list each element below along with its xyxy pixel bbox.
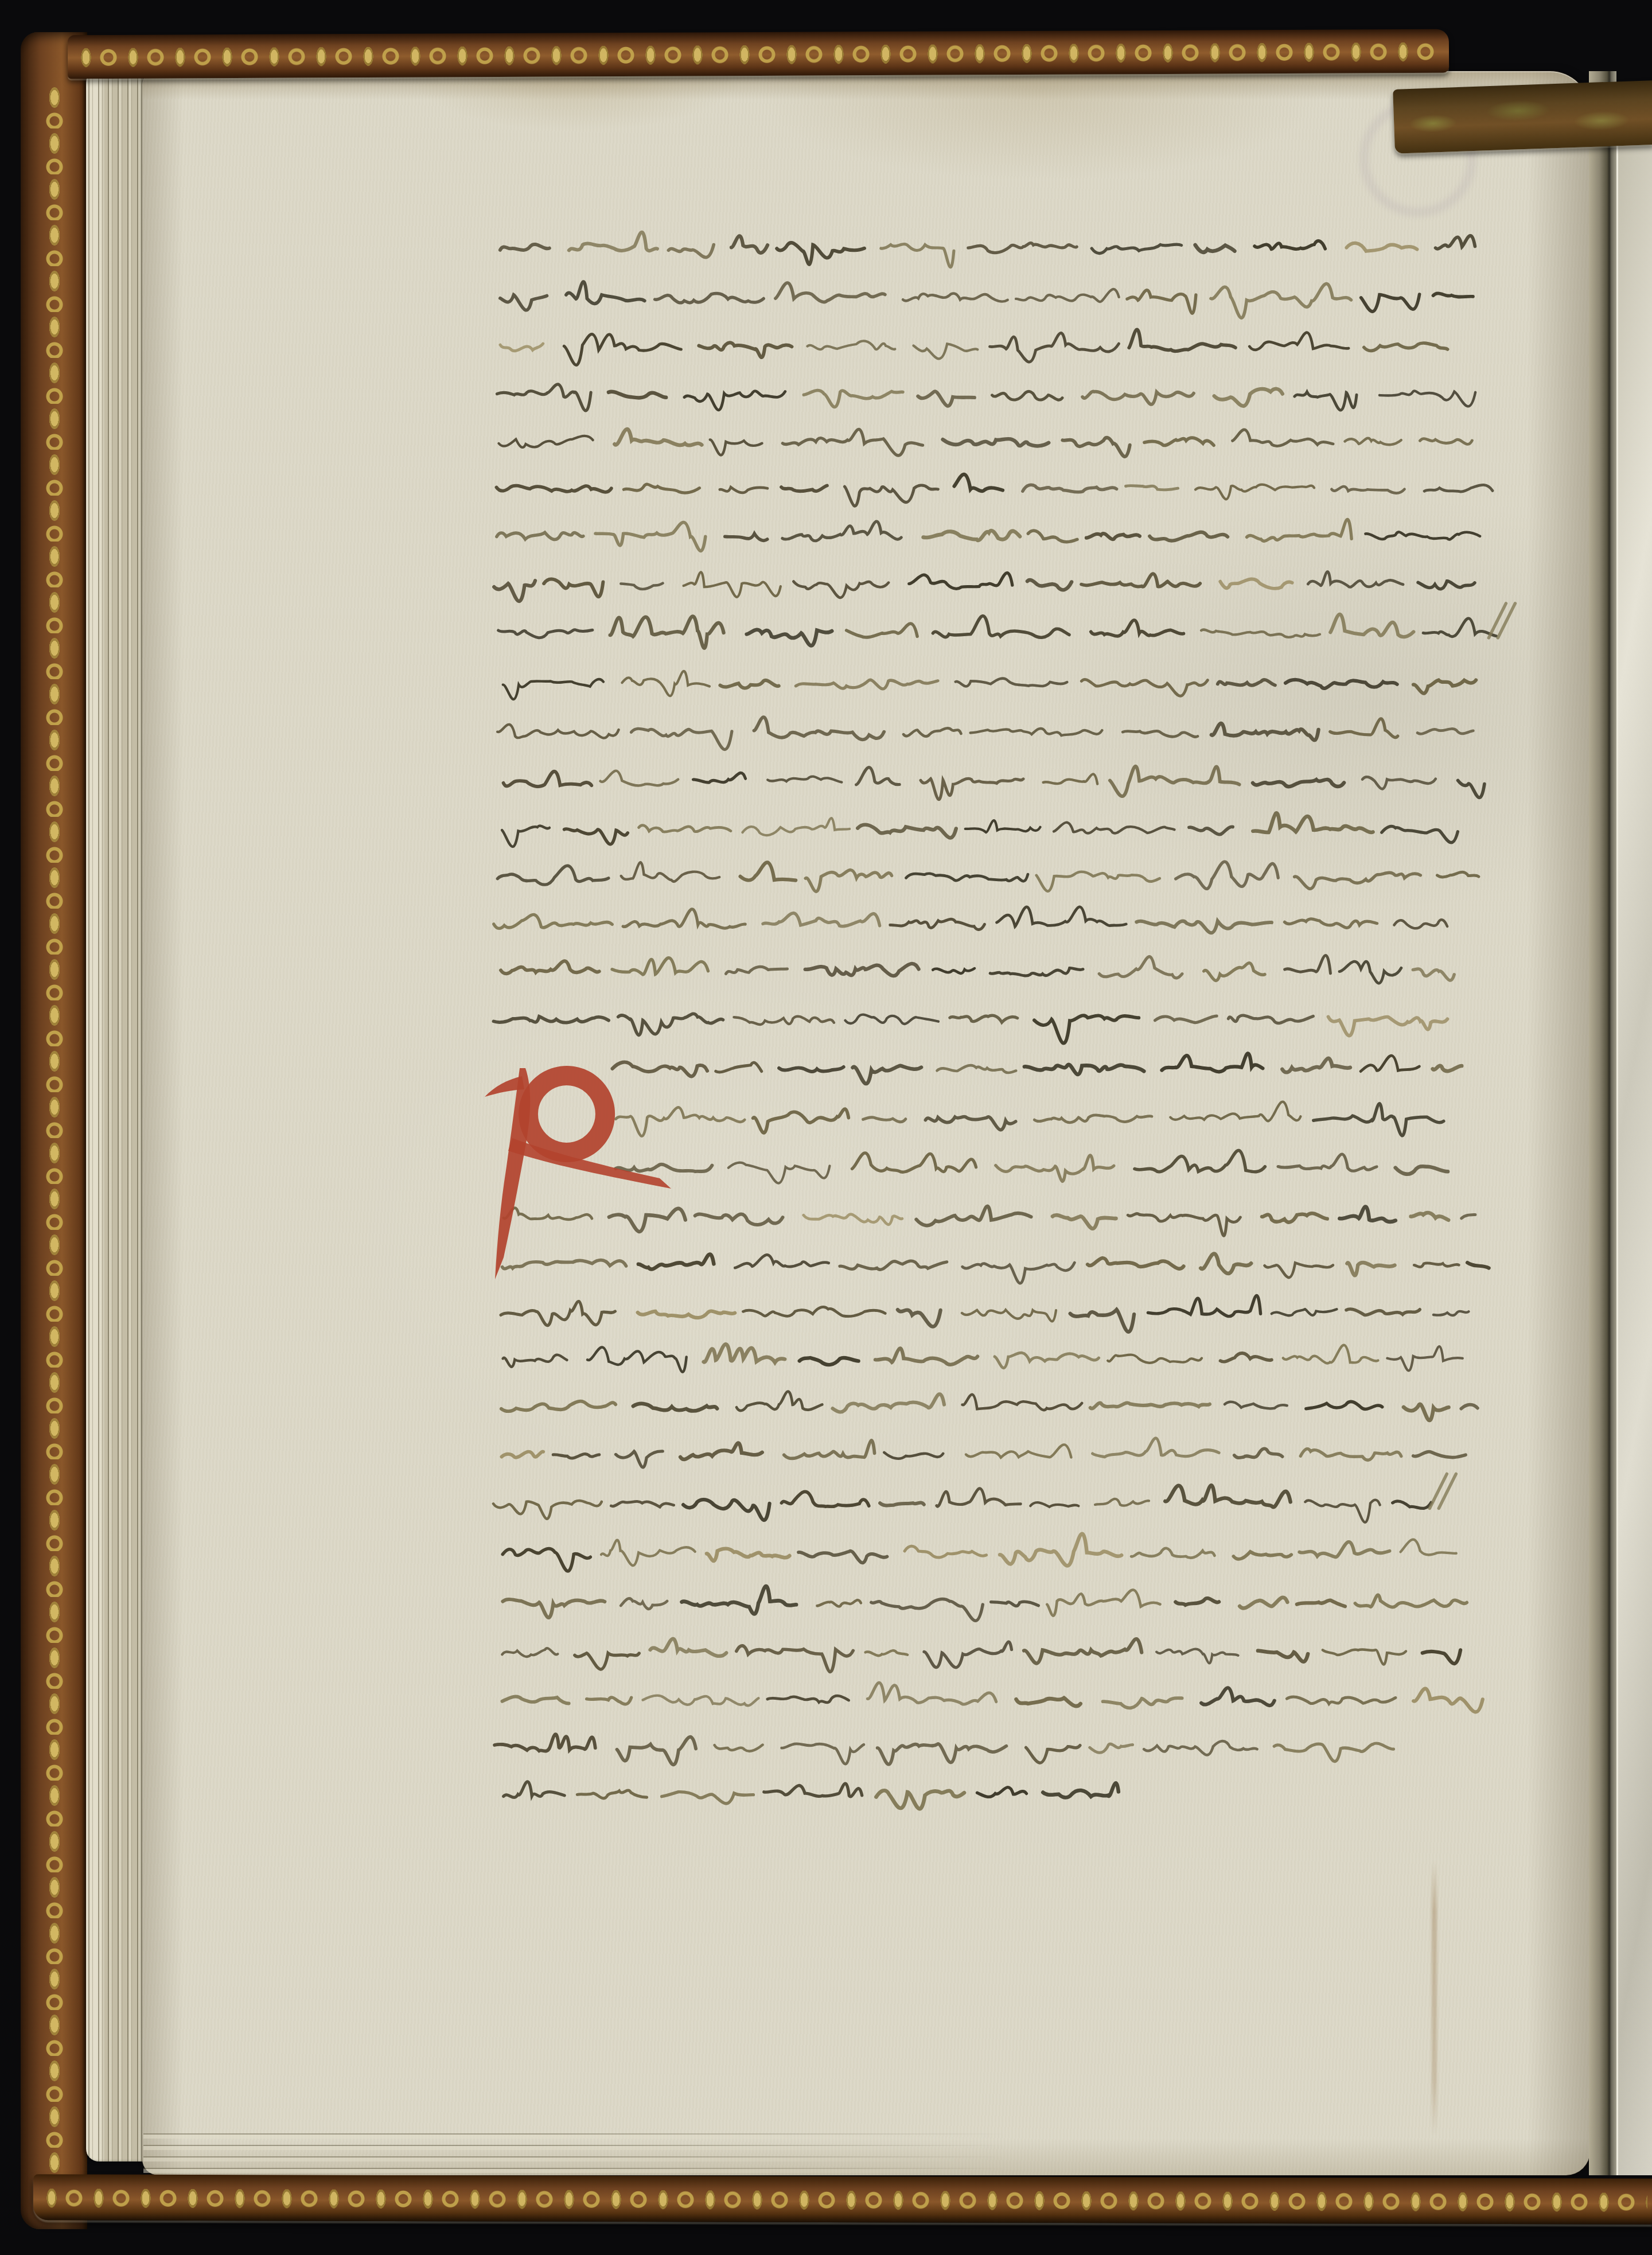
handwriting-word [798,1551,887,1563]
handwriting-word [613,1062,707,1077]
handwriting-lines [493,232,1515,1809]
handwriting-word [1253,813,1373,832]
handwriting-word [880,1502,924,1505]
handwriting-word [1127,290,1196,314]
handwriting-word [840,1261,947,1269]
handwriting-word [611,1501,673,1507]
handwriting-word [1043,774,1098,784]
handwriting-word [1228,1015,1313,1023]
handwriting-word [737,1646,854,1672]
handwriting-word [1366,532,1480,539]
handwriting-word [906,874,1028,881]
handwriting-word [808,341,895,349]
handwriting-word [1070,1310,1134,1332]
handwriting-word [1081,574,1200,587]
handwriting-word [1175,1598,1219,1605]
handwriting-word [1361,294,1420,311]
handwriting-word [1433,293,1474,297]
handwriting-word [878,1744,1007,1765]
handwriting-word [1331,486,1404,493]
handwriting-word [500,295,547,310]
handwriting-word [856,768,900,785]
handwriting-word [1062,438,1129,457]
handwriting-word [1262,1213,1327,1222]
handwriting-word [1016,289,1119,302]
handwriting-word [1225,1402,1287,1409]
handwriting-word [1404,1404,1449,1420]
handwriting-word [965,820,1041,832]
handwriting-word [1093,1438,1219,1457]
handwriting-word [1347,1263,1394,1275]
handwriting-word [805,964,919,976]
handwriting-word [1218,680,1275,686]
handwriting-word [1081,679,1207,696]
handwriting-word [610,616,724,648]
handwriting-word [1144,438,1214,445]
handwriting-word [1247,519,1352,541]
handwriting-word [624,484,700,493]
handwriting-word [1295,873,1421,889]
handwriting-word [1364,343,1448,350]
handwriting-word [680,1443,762,1459]
margin-mark-slash [1498,603,1515,638]
handwriting-word [903,294,1008,302]
handwriting-word [1278,1154,1377,1171]
handwriting-word [699,342,792,357]
handwriting-word [743,1307,886,1316]
handwriting-word [924,531,1020,540]
handwriting-word [668,245,714,258]
handwriting-word [1433,1066,1462,1071]
handwriting-word [504,1208,592,1220]
handwriting-word [1287,1697,1396,1704]
handwriting-word [500,244,550,250]
handwriting-word [943,439,1049,446]
handwriting-word [1092,244,1181,254]
handwriting-word [914,344,978,359]
handwriting-word [1249,333,1349,350]
handwriting-word [1027,580,1072,590]
handwriting-word [1413,680,1476,694]
handwriting-word [1272,1309,1337,1315]
handwriting-word [504,772,592,786]
handwriting-word [1024,1065,1144,1074]
handwriting-word [1233,1552,1291,1559]
handwriting-word [1030,1502,1078,1507]
handwriting-word [1211,723,1319,740]
handwriting-word [612,958,708,975]
handwriting-word [1254,241,1325,250]
handwriting-word [997,907,1127,926]
handwriting-word [715,1745,763,1751]
handwriting-word [618,1014,723,1035]
handwriting-word [1330,614,1413,637]
handwriting-word [503,679,603,699]
handwriting-word [564,829,628,844]
handwriting-word [793,582,889,598]
handwriting-word [655,294,764,303]
handwriting-word [796,680,938,689]
initial-p-stem [495,1068,530,1279]
handwriting-word [497,486,611,492]
handwriting-word [1128,1214,1240,1236]
handwriting-word [1090,1744,1133,1752]
handwriting-word [1043,1783,1119,1797]
handwriting-word [1299,1542,1389,1557]
handwriting-word [564,334,681,365]
handwriting-word [1328,1017,1448,1036]
handwriting-word [683,1500,769,1520]
handwriting-word [996,1155,1114,1181]
handwriting-word [926,1117,1016,1130]
handwriting-word [1108,1355,1202,1363]
handwriting-word [1437,872,1479,877]
handwriting-word [918,391,975,406]
handwriting-word [1129,329,1236,351]
handwriting-word [1037,872,1160,891]
handwriting-word [623,909,745,928]
handwriting-word [853,1066,922,1084]
handwriting-word [777,243,864,264]
handwriting-word [781,486,827,492]
handwriting-word [1240,1598,1287,1609]
handwriting-word [866,1650,907,1656]
handwriting-word [764,1783,862,1797]
margin-mark-slash [1429,1474,1447,1508]
handwriting-word [1436,236,1475,249]
handwriting-word [804,1214,902,1225]
handwriting-word [693,773,745,782]
handwriting-word [497,866,609,885]
handwriting-word [595,523,706,551]
handwriting-word [763,913,880,926]
handwriting-word [1211,284,1351,318]
handwriting-word [905,1546,986,1557]
handwriting-word [1156,1649,1238,1664]
handwriting-word [544,579,603,597]
handwriting-word [1034,1115,1152,1123]
handwriting-word [1028,531,1077,542]
handwriting-word [800,1358,859,1365]
handwriting-word [1176,862,1279,889]
handwriting-word [614,429,702,445]
handwritten-text-block [0,0,1652,2255]
handwriting-word [621,1599,667,1609]
handwriting-word [1295,392,1357,410]
handwriting-word [1195,485,1314,500]
handwriting-word [1195,245,1235,252]
handwriting-word [503,1599,605,1618]
handwriting-word [684,572,781,597]
handwriting-word [1201,1688,1275,1705]
handwriting-word [1150,532,1228,541]
handwriting-word [1306,1401,1382,1409]
handwriting-word [633,1404,717,1411]
handwriting-word [1462,1214,1475,1218]
handwriting-word [924,1642,1012,1668]
handwriting-word [684,391,785,410]
handwriting-word [726,967,788,973]
handwriting-word [1103,1698,1182,1708]
handwriting-word [1420,439,1472,445]
handwriting-word [1423,618,1496,637]
handwriting-word [1201,1254,1251,1273]
handwriting-word [1214,389,1283,406]
handwriting-word [954,474,1003,491]
handwriting-word [1285,680,1397,688]
handwriting-word [805,870,891,892]
handwriting-word [782,429,922,455]
handwriting-word [782,1491,869,1506]
handwriting-word [1253,780,1344,786]
handwriting-word [1135,1151,1265,1172]
handwriting-word [852,1153,976,1172]
handwriting-word [992,391,1063,400]
handwriting-word [890,919,985,929]
handwriting-word [1136,921,1272,933]
handwriting-word [1221,1353,1272,1362]
handwriting-word [1345,438,1401,445]
handwriting-word [1220,579,1292,589]
handwriting-word [728,1163,830,1183]
handwriting-word [1382,826,1458,842]
handwriting-word [962,1310,1056,1321]
handwriting-word [1283,1345,1378,1364]
handwriting-word [734,1016,834,1025]
handwriting-word [753,1109,849,1133]
handwriting-word [956,679,1067,687]
handwriting-word [1026,1746,1080,1763]
handwriting-word [1034,1015,1139,1043]
handwriting-word [1323,1649,1406,1664]
handwriting-word [845,485,938,506]
handwriting-word [1417,729,1473,734]
handwriting-word [1396,1166,1448,1174]
handwriting-word [587,1347,687,1372]
handwriting-word [498,630,593,638]
handwriting-word [1099,957,1182,978]
handwriting-word [716,1062,762,1072]
handwriting-word [1023,485,1117,492]
handwriting-word [497,532,583,539]
handwriting-word [784,1440,875,1459]
handwriting-word [695,1214,783,1225]
handwriting-word [1189,827,1233,834]
handwriting-word [1387,1346,1462,1370]
handwriting-word [1091,620,1184,636]
handwriting-word [710,439,762,455]
handwriting-word [1082,391,1194,404]
handwriting-word [1380,391,1475,407]
handwriting-word [621,862,719,881]
handwriting-word [707,1549,789,1561]
handwriting-word [504,1782,565,1798]
handwriting-word [502,1549,590,1571]
handwriting-word [638,1254,714,1269]
handwriting-word [632,729,732,749]
handwriting-word [1314,1104,1444,1136]
handwriting-word [1467,1263,1489,1268]
handwriting-word [1165,1485,1290,1507]
handwriting-word [1274,1743,1393,1762]
handwriting-word [1285,955,1331,973]
handwriting-word [1418,581,1475,589]
handwriting-word [1401,1540,1456,1555]
handwriting-word [1053,1215,1116,1229]
handwriting-word [1126,486,1178,490]
handwriting-word [650,1639,727,1656]
handwriting-word [1155,1016,1217,1023]
handwriting-word [1088,1258,1184,1269]
handwriting-word [1054,823,1174,834]
handwriting-word [1461,1405,1478,1409]
margin-mark-slash [1489,603,1506,638]
handwriting-word [502,1260,626,1269]
handwriting-word [1162,1053,1263,1072]
handwriting-word [847,624,918,637]
handwriting-word [1265,1263,1333,1278]
handwriting-word [881,244,954,267]
handwriting-word [1413,969,1454,980]
handwriting-word [779,1067,844,1072]
handwriting-word [966,1444,1071,1457]
handwriting-word [1305,1500,1380,1522]
handwriting-word [1000,1534,1121,1566]
handwriting-word [643,1695,759,1705]
handwriting-word [503,1355,567,1367]
handwriting-word [1308,572,1403,587]
handwriting-word [1346,1309,1420,1315]
handwriting-word [782,1744,864,1764]
handwriting-word [1411,1213,1449,1220]
handwriting-word [1424,485,1493,492]
handwriting-word [638,1311,735,1318]
handwriting-word [1131,1548,1214,1558]
handwriting-word [1282,1058,1350,1072]
handwriting-word [493,1501,602,1519]
handwriting-word [615,1107,745,1136]
handwriting-word [898,1310,941,1326]
handwriting-word [1394,920,1448,928]
handwriting-word [782,521,901,541]
handwriting-word [1086,533,1140,539]
handwriting-word [566,282,645,303]
handwriting-word [933,968,975,973]
handwriting-word [502,1696,569,1703]
handwriting-word [950,1015,1018,1022]
handwriting-word [502,826,550,847]
handwriting-word [1339,1207,1396,1222]
handwriting-word [767,777,841,782]
handwriting-word [742,818,850,835]
margin-mark-slash [1439,1474,1456,1508]
handwriting-word [622,671,710,696]
handwriting-word [1258,1651,1308,1662]
handwriting-word [720,680,779,688]
handwriting-word [884,1452,943,1459]
handwriting-word [1110,766,1240,796]
handwriting-word [776,283,885,302]
handwriting-word [937,1065,1016,1073]
handwriting-word [1297,1600,1345,1607]
handwriting-word [1090,1403,1210,1408]
handwriting-word [617,1737,696,1765]
handwriting-word [601,1540,695,1565]
handwriting-word [1300,1449,1401,1461]
handwriting-word [587,1697,632,1704]
handwriting-word [609,392,666,398]
handwriting-word [501,961,599,973]
handwriting-word [731,236,767,253]
handwriting-word [609,1209,685,1232]
handwriting-word [846,1015,938,1024]
handwriting-word [963,1395,1082,1410]
handwriting-word [1423,1650,1460,1664]
handwriting-word [1144,1741,1257,1755]
handwriting-word [871,1599,983,1621]
handwriting-word [577,1790,646,1798]
handwriting-word [1123,731,1198,737]
handwriting-word [990,333,1119,363]
handwriting-word [1433,1311,1469,1315]
handwriting-word [1347,243,1417,251]
handwriting-word [501,1302,615,1326]
handwriting-word [1393,1501,1431,1509]
handwriting-word [500,344,543,351]
handwriting-word [1148,1295,1260,1316]
handwriting-word [1362,777,1436,789]
handwriting-word [921,778,1023,800]
handwriting-word [720,487,767,493]
handwriting-word [995,1353,1099,1368]
handwriting-word [662,1792,754,1804]
handwriting-word [639,825,731,832]
handwriting-word [971,729,1102,735]
handwriting-word [621,583,663,589]
handwriting-word [1361,1056,1419,1071]
handwriting-word [494,581,535,601]
handwriting-word [553,1454,599,1458]
handwriting-word [1204,963,1265,981]
handwriting-word [977,1787,1027,1797]
photo-background [0,0,1652,2255]
handwriting-word [968,243,1077,253]
handwriting-word [1016,1698,1081,1706]
handwriting-word [767,1696,849,1703]
handwriting-word [601,771,679,786]
handwriting-word [725,533,767,540]
handwriting-word [876,1790,964,1809]
handwriting-word [937,1489,1021,1506]
handwriting-word [497,384,591,411]
handwriting-word [501,1401,615,1411]
handwriting-word [615,1165,712,1171]
handwriting-word [754,717,884,739]
handwriting-word [1285,919,1377,928]
handwriting-word [963,1263,1075,1283]
handwriting-word [1233,430,1334,446]
handwriting-word [494,1734,595,1751]
handwriting-word [1413,1689,1483,1712]
handwriting-word [804,390,903,407]
handwriting-word [833,1394,945,1412]
handwriting-word [682,1586,797,1614]
handwriting-word [741,862,796,880]
handwriting-word [616,1451,663,1467]
handwriting-word [1413,1451,1466,1457]
handwriting-word [569,232,657,251]
handwriting-word [502,1648,558,1657]
